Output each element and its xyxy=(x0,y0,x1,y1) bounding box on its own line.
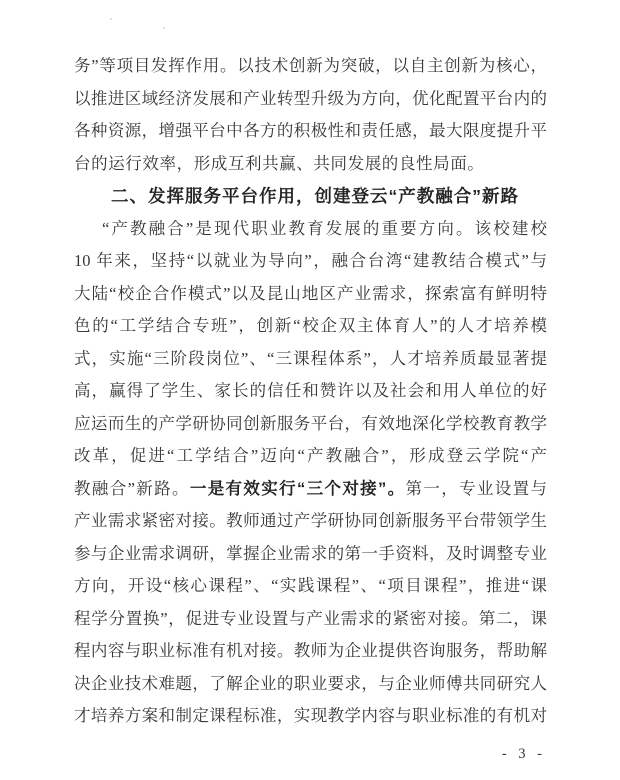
scan-speck xyxy=(110,18,112,20)
text-line: 方向，开设“核心课程”、“实践课程”、“项目课程”，推进“课 xyxy=(74,570,547,603)
text-line: 决企业技术难题，了解企业的职业要求，与企业师傅共同研究人 xyxy=(74,668,547,701)
text-line: “产教融合”是现代职业教育发展的重要方向。该校建校 xyxy=(74,213,547,246)
text-line: 程学分置换”，促进专业设置与产业需求的紧密对接。第二，课 xyxy=(74,603,547,636)
text-line-with-emphasis: 教融合”新路。一是有效实行“三个对接”。第一，专业设置与 xyxy=(74,473,547,506)
text-line: 式，实施“三阶段岗位”、“三课程体系”，人才培养质最显著提 xyxy=(74,343,547,376)
text-line: 才培养方案和制定课程标准，实现教学内容与职业标准的有机对 xyxy=(74,700,547,733)
text-segment: 教融合”新路。 xyxy=(74,479,190,498)
text-segment: 第一，专业设置与 xyxy=(406,479,547,498)
text-line: 产业需求紧密对接。教师通过产学研协同创新服务平台带领学生 xyxy=(74,505,547,538)
scanned-document-page: 务”等项目发挥作用。以技术创新为突破，以自主创新为核心， 以推进区域经济发展和产… xyxy=(0,0,620,780)
text-line: 应运而生的产学研协同创新服务平台，有效地深化学校教育教学 xyxy=(74,408,547,441)
text-line: 参与企业需求调研，掌握企业需求的第一手资料，及时调整专业 xyxy=(74,538,547,571)
document-text-block: 务”等项目发挥作用。以技术创新为突破，以自主创新为核心， 以推进区域经济发展和产… xyxy=(74,50,547,733)
text-line: 各种资源，增强平台中各方的积极性和责任感，最大限度提升平 xyxy=(74,115,547,148)
text-line: 高，赢得了学生、家长的信任和赞许以及社会和用人单位的好评。 xyxy=(74,375,547,408)
text-line: 务”等项目发挥作用。以技术创新为突破，以自主创新为核心， xyxy=(74,50,547,83)
text-line: 以推进区域经济发展和产业转型升级为方向，优化配置平台内的 xyxy=(74,83,547,116)
text-line: 10 年来，坚持“以就业为导向”，融合台湾“建教结合模式”与 xyxy=(74,245,547,278)
text-line: 色的“工学结合专班”，创新“校企双主体育人”的人才培养模 xyxy=(74,310,547,343)
section-heading: 二、发挥服务平台作用，创建登云“产教融合”新路 xyxy=(74,180,547,213)
scan-speck xyxy=(163,27,165,29)
text-line: 台的运行效率，形成互利共赢、共同发展的良性局面。 xyxy=(74,148,547,181)
page-number: - 3 - xyxy=(502,746,546,763)
text-line: 改革，促进“工学结合”迈向“产教融合”，形成登云学院“产 xyxy=(74,440,547,473)
text-line: 大陆“校企合作模式”以及昆山地区产业需求，探索富有鲜明特 xyxy=(74,278,547,311)
bold-emphasis-text: 一是有效实行“三个对接”。 xyxy=(190,480,406,498)
text-line: 程内容与职业标准有机对接。教师为企业提供咨询服务，帮助解 xyxy=(74,635,547,668)
